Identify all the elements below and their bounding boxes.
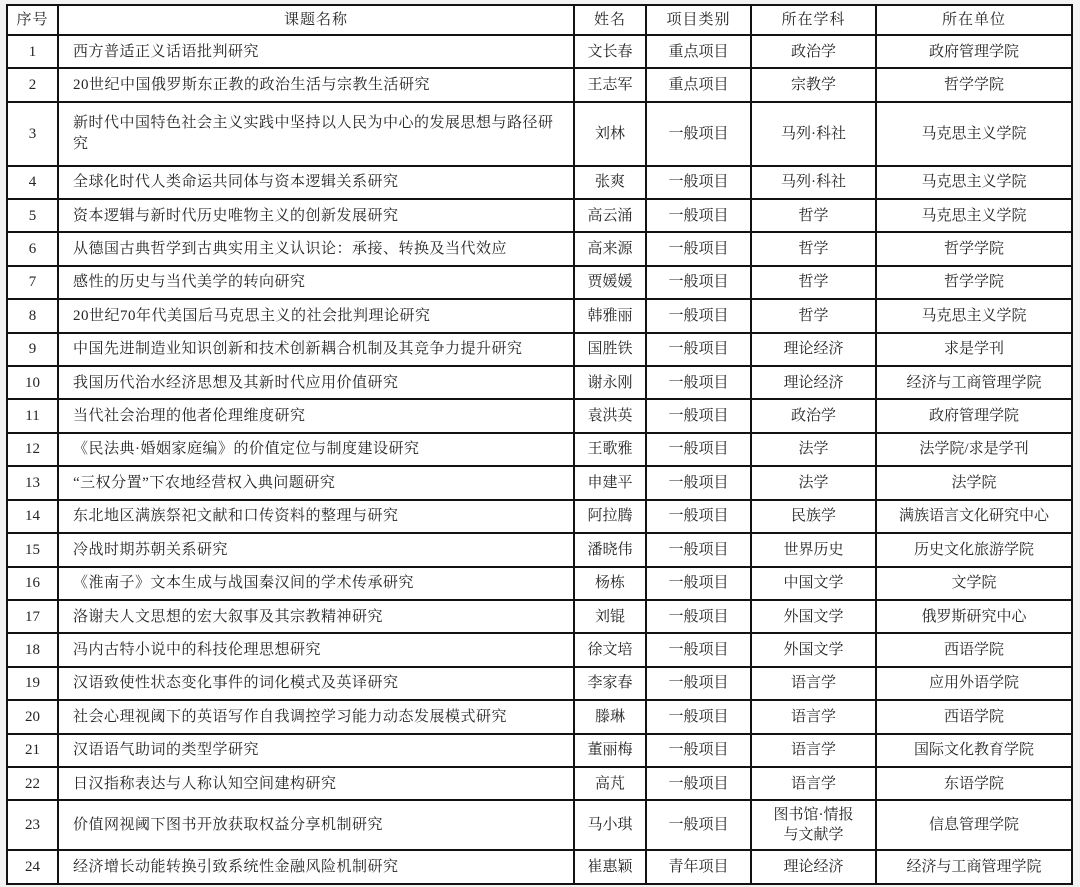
- cell-title: 从德国古典哲学到古典实用主义认识论：承接、转换及当代效应: [58, 232, 574, 265]
- cell-discipline: 马列·科社: [751, 166, 876, 199]
- cell-unit: 经济与工商管理学院: [876, 850, 1072, 884]
- cell-unit: 哲学学院: [876, 232, 1072, 265]
- cell-name: 申建平: [574, 466, 646, 499]
- cell-no: 6: [7, 232, 58, 265]
- cell-name: 高云涌: [574, 199, 646, 232]
- cell-no: 16: [7, 567, 58, 600]
- cell-no: 10: [7, 366, 58, 399]
- cell-no: 24: [7, 850, 58, 884]
- cell-category: 一般项目: [646, 433, 751, 466]
- cell-title: 我国历代治水经济思想及其新时代应用价值研究: [58, 366, 574, 399]
- cell-category: 一般项目: [646, 767, 751, 800]
- cell-name: 李家春: [574, 667, 646, 700]
- cell-unit: 马克思主义学院: [876, 299, 1072, 332]
- cell-category: 一般项目: [646, 333, 751, 366]
- cell-name: 崔惠颖: [574, 850, 646, 884]
- table-row: 3 新时代中国特色社会主义实践中坚持以人民为中心的发展思想与路径研究 刘林 一般…: [7, 102, 1072, 166]
- cell-title: 《淮南子》文本生成与战国秦汉间的学术传承研究: [58, 567, 574, 600]
- cell-unit: 哲学学院: [876, 266, 1072, 299]
- cell-unit: 国际文化教育学院: [876, 734, 1072, 767]
- cell-unit: 政府管理学院: [876, 399, 1072, 432]
- cell-name: 贾媛媛: [574, 266, 646, 299]
- cell-name: 王歌雅: [574, 433, 646, 466]
- cell-name: 滕琳: [574, 700, 646, 733]
- cell-title: 20世纪70年代美国后马克思主义的社会批判理论研究: [58, 299, 574, 332]
- table-row: 2 20世纪中国俄罗斯东正教的政治生活与宗教生活研究 王志军 重点项目 宗教学 …: [7, 68, 1072, 101]
- cell-discipline: 哲学: [751, 299, 876, 332]
- cell-category: 重点项目: [646, 35, 751, 68]
- cell-name: 国胜铁: [574, 333, 646, 366]
- col-header-category: 项目类别: [646, 5, 751, 35]
- cell-title: 当代社会治理的他者伦理维度研究: [58, 399, 574, 432]
- cell-no: 12: [7, 433, 58, 466]
- cell-discipline: 宗教学: [751, 68, 876, 101]
- cell-discipline: 政治学: [751, 399, 876, 432]
- cell-category: 一般项目: [646, 102, 751, 166]
- cell-name: 阿拉腾: [574, 500, 646, 533]
- cell-name: 谢永刚: [574, 366, 646, 399]
- cell-category: 一般项目: [646, 500, 751, 533]
- cell-name: 杨栋: [574, 567, 646, 600]
- cell-unit: 历史文化旅游学院: [876, 533, 1072, 566]
- cell-title: 新时代中国特色社会主义实践中坚持以人民为中心的发展思想与路径研究: [58, 102, 574, 166]
- cell-no: 21: [7, 734, 58, 767]
- cell-no: 13: [7, 466, 58, 499]
- cell-category: 一般项目: [646, 399, 751, 432]
- cell-discipline: 语言学: [751, 700, 876, 733]
- cell-no: 18: [7, 633, 58, 666]
- table-row: 9 中国先进制造业知识创新和技术创新耦合机制及其竞争力提升研究 国胜铁 一般项目…: [7, 333, 1072, 366]
- cell-discipline: 法学: [751, 433, 876, 466]
- cell-unit: 哲学学院: [876, 68, 1072, 101]
- cell-discipline: 哲学: [751, 199, 876, 232]
- table-row: 5 资本逻辑与新时代历史唯物主义的创新发展研究 高云涌 一般项目 哲学 马克思主…: [7, 199, 1072, 232]
- cell-no: 8: [7, 299, 58, 332]
- cell-discipline: 理论经济: [751, 850, 876, 884]
- table-row: 12 《民法典·婚姻家庭编》的价值定位与制度建设研究 王歌雅 一般项目 法学 法…: [7, 433, 1072, 466]
- cell-name: 高芃: [574, 767, 646, 800]
- cell-unit: 马克思主义学院: [876, 166, 1072, 199]
- cell-no: 9: [7, 333, 58, 366]
- cell-discipline: 中国文学: [751, 567, 876, 600]
- cell-no: 5: [7, 199, 58, 232]
- cell-title: 中国先进制造业知识创新和技术创新耦合机制及其竞争力提升研究: [58, 333, 574, 366]
- cell-unit: 文学院: [876, 567, 1072, 600]
- col-header-name: 姓名: [574, 5, 646, 35]
- cell-unit: 政府管理学院: [876, 35, 1072, 68]
- col-header-discipline: 所在学科: [751, 5, 876, 35]
- cell-discipline: 法学: [751, 466, 876, 499]
- table-row: 11 当代社会治理的他者伦理维度研究 袁洪英 一般项目 政治学 政府管理学院: [7, 399, 1072, 432]
- cell-title: 日汉指称表达与人称认知空间建构研究: [58, 767, 574, 800]
- cell-title: 冷战时期苏朝关系研究: [58, 533, 574, 566]
- cell-title: 西方普适正义话语批判研究: [58, 35, 574, 68]
- cell-title: 汉语致使性状态变化事件的词化模式及英译研究: [58, 667, 574, 700]
- cell-unit: 西语学院: [876, 700, 1072, 733]
- cell-discipline: 外国文学: [751, 600, 876, 633]
- table-row: 14 东北地区满族祭祀文献和口传资料的整理与研究 阿拉腾 一般项目 民族学 满族…: [7, 500, 1072, 533]
- cell-category: 一般项目: [646, 700, 751, 733]
- cell-no: 19: [7, 667, 58, 700]
- table-row: 24 经济增长动能转换引致系统性金融风险机制研究 崔惠颖 青年项目 理论经济 经…: [7, 850, 1072, 884]
- cell-unit: 经济与工商管理学院: [876, 366, 1072, 399]
- cell-title: 社会心理视阈下的英语写作自我调控学习能力动态发展模式研究: [58, 700, 574, 733]
- cell-unit: 俄罗斯研究中心: [876, 600, 1072, 633]
- table-row: 1 西方普适正义话语批判研究 文长春 重点项目 政治学 政府管理学院: [7, 35, 1072, 68]
- table-row: 16 《淮南子》文本生成与战国秦汉间的学术传承研究 杨栋 一般项目 中国文学 文…: [7, 567, 1072, 600]
- cell-title: 《民法典·婚姻家庭编》的价值定位与制度建设研究: [58, 433, 574, 466]
- table-row: 4 全球化时代人类命运共同体与资本逻辑关系研究 张爽 一般项目 马列·科社 马克…: [7, 166, 1072, 199]
- cell-name: 韩雅丽: [574, 299, 646, 332]
- cell-unit: 信息管理学院: [876, 800, 1072, 850]
- header-row: 序号 课题名称 姓名 项目类别 所在学科 所在单位: [7, 5, 1072, 35]
- cell-category: 一般项目: [646, 633, 751, 666]
- cell-unit: 东语学院: [876, 767, 1072, 800]
- cell-category: 一般项目: [646, 533, 751, 566]
- cell-name: 马小琪: [574, 800, 646, 850]
- cell-category: 一般项目: [646, 166, 751, 199]
- table-header: 序号 课题名称 姓名 项目类别 所在学科 所在单位: [7, 5, 1072, 35]
- cell-title: “三权分置”下农地经营权入典问题研究: [58, 466, 574, 499]
- cell-title: 汉语语气助词的类型学研究: [58, 734, 574, 767]
- cell-unit: 求是学刊: [876, 333, 1072, 366]
- cell-discipline: 语言学: [751, 767, 876, 800]
- cell-category: 一般项目: [646, 466, 751, 499]
- cell-category: 一般项目: [646, 800, 751, 850]
- cell-no: 11: [7, 399, 58, 432]
- table-row: 18 冯内古特小说中的科技伦理思想研究 徐文培 一般项目 外国文学 西语学院: [7, 633, 1072, 666]
- cell-discipline: 理论经济: [751, 333, 876, 366]
- cell-discipline: 理论经济: [751, 366, 876, 399]
- cell-no: 22: [7, 767, 58, 800]
- cell-no: 3: [7, 102, 58, 166]
- cell-no: 2: [7, 68, 58, 101]
- cell-name: 潘晓伟: [574, 533, 646, 566]
- cell-name: 高来源: [574, 232, 646, 265]
- table-row: 15 冷战时期苏朝关系研究 潘晓伟 一般项目 世界历史 历史文化旅游学院: [7, 533, 1072, 566]
- cell-name: 徐文培: [574, 633, 646, 666]
- cell-category: 一般项目: [646, 366, 751, 399]
- table-row: 7 感性的历史与当代美学的转向研究 贾媛媛 一般项目 哲学 哲学学院: [7, 266, 1072, 299]
- cell-discipline: 语言学: [751, 667, 876, 700]
- cell-category: 一般项目: [646, 567, 751, 600]
- cell-discipline: 哲学: [751, 266, 876, 299]
- table-row: 13 “三权分置”下农地经营权入典问题研究 申建平 一般项目 法学 法学院: [7, 466, 1072, 499]
- cell-name: 张爽: [574, 166, 646, 199]
- cell-unit: 西语学院: [876, 633, 1072, 666]
- cell-title: 资本逻辑与新时代历史唯物主义的创新发展研究: [58, 199, 574, 232]
- cell-title: 东北地区满族祭祀文献和口传资料的整理与研究: [58, 500, 574, 533]
- cell-name: 刘林: [574, 102, 646, 166]
- cell-category: 青年项目: [646, 850, 751, 884]
- cell-category: 一般项目: [646, 266, 751, 299]
- cell-unit: 应用外语学院: [876, 667, 1072, 700]
- cell-name: 文长春: [574, 35, 646, 68]
- cell-title: 洛谢夫人文思想的宏大叙事及其宗教精神研究: [58, 600, 574, 633]
- cell-category: 重点项目: [646, 68, 751, 101]
- cell-unit: 法学院/求是学刊: [876, 433, 1072, 466]
- table-row: 10 我国历代治水经济思想及其新时代应用价值研究 谢永刚 一般项目 理论经济 经…: [7, 366, 1072, 399]
- table-row: 6 从德国古典哲学到古典实用主义认识论：承接、转换及当代效应 高来源 一般项目 …: [7, 232, 1072, 265]
- cell-discipline: 外国文学: [751, 633, 876, 666]
- cell-no: 4: [7, 166, 58, 199]
- cell-discipline: 民族学: [751, 500, 876, 533]
- table-body: 1 西方普适正义话语批判研究 文长春 重点项目 政治学 政府管理学院 2 20世…: [7, 35, 1072, 884]
- page-background: 序号 课题名称 姓名 项目类别 所在学科 所在单位 1 西方普适正义话语批判研究…: [0, 0, 1080, 887]
- cell-category: 一般项目: [646, 299, 751, 332]
- col-header-title: 课题名称: [58, 5, 574, 35]
- cell-category: 一般项目: [646, 199, 751, 232]
- col-header-no: 序号: [7, 5, 58, 35]
- cell-no: 1: [7, 35, 58, 68]
- cell-discipline: 语言学: [751, 734, 876, 767]
- table-row: 23 价值网视阈下图书开放获取权益分享机制研究 马小琪 一般项目 图书馆·情报 …: [7, 800, 1072, 850]
- cell-unit: 满族语言文化研究中心: [876, 500, 1072, 533]
- cell-title: 感性的历史与当代美学的转向研究: [58, 266, 574, 299]
- cell-no: 17: [7, 600, 58, 633]
- table-row: 19 汉语致使性状态变化事件的词化模式及英译研究 李家春 一般项目 语言学 应用…: [7, 667, 1072, 700]
- cell-name: 刘锟: [574, 600, 646, 633]
- cell-title: 价值网视阈下图书开放获取权益分享机制研究: [58, 800, 574, 850]
- cell-title: 经济增长动能转换引致系统性金融风险机制研究: [58, 850, 574, 884]
- cell-no: 23: [7, 800, 58, 850]
- cell-unit: 马克思主义学院: [876, 199, 1072, 232]
- cell-category: 一般项目: [646, 667, 751, 700]
- cell-no: 15: [7, 533, 58, 566]
- table-row: 8 20世纪70年代美国后马克思主义的社会批判理论研究 韩雅丽 一般项目 哲学 …: [7, 299, 1072, 332]
- cell-name: 袁洪英: [574, 399, 646, 432]
- cell-no: 20: [7, 700, 58, 733]
- table-row: 20 社会心理视阈下的英语写作自我调控学习能力动态发展模式研究 滕琳 一般项目 …: [7, 700, 1072, 733]
- cell-discipline: 图书馆·情报 与文献学: [751, 800, 876, 850]
- cell-name: 董丽梅: [574, 734, 646, 767]
- cell-discipline: 马列·科社: [751, 102, 876, 166]
- cell-title: 20世纪中国俄罗斯东正教的政治生活与宗教生活研究: [58, 68, 574, 101]
- cell-name: 王志军: [574, 68, 646, 101]
- cell-discipline: 政治学: [751, 35, 876, 68]
- cell-no: 7: [7, 266, 58, 299]
- cell-no: 14: [7, 500, 58, 533]
- table-row: 22 日汉指称表达与人称认知空间建构研究 高芃 一般项目 语言学 东语学院: [7, 767, 1072, 800]
- cell-category: 一般项目: [646, 600, 751, 633]
- cell-category: 一般项目: [646, 734, 751, 767]
- cell-title: 全球化时代人类命运共同体与资本逻辑关系研究: [58, 166, 574, 199]
- cell-unit: 法学院: [876, 466, 1072, 499]
- col-header-unit: 所在单位: [876, 5, 1072, 35]
- cell-title: 冯内古特小说中的科技伦理思想研究: [58, 633, 574, 666]
- table-row: 21 汉语语气助词的类型学研究 董丽梅 一般项目 语言学 国际文化教育学院: [7, 734, 1072, 767]
- cell-discipline: 世界历史: [751, 533, 876, 566]
- cell-unit: 马克思主义学院: [876, 102, 1072, 166]
- cell-discipline: 哲学: [751, 232, 876, 265]
- table-row: 17 洛谢夫人文思想的宏大叙事及其宗教精神研究 刘锟 一般项目 外国文学 俄罗斯…: [7, 600, 1072, 633]
- cell-category: 一般项目: [646, 232, 751, 265]
- projects-table: 序号 课题名称 姓名 项目类别 所在学科 所在单位 1 西方普适正义话语批判研究…: [6, 4, 1073, 885]
